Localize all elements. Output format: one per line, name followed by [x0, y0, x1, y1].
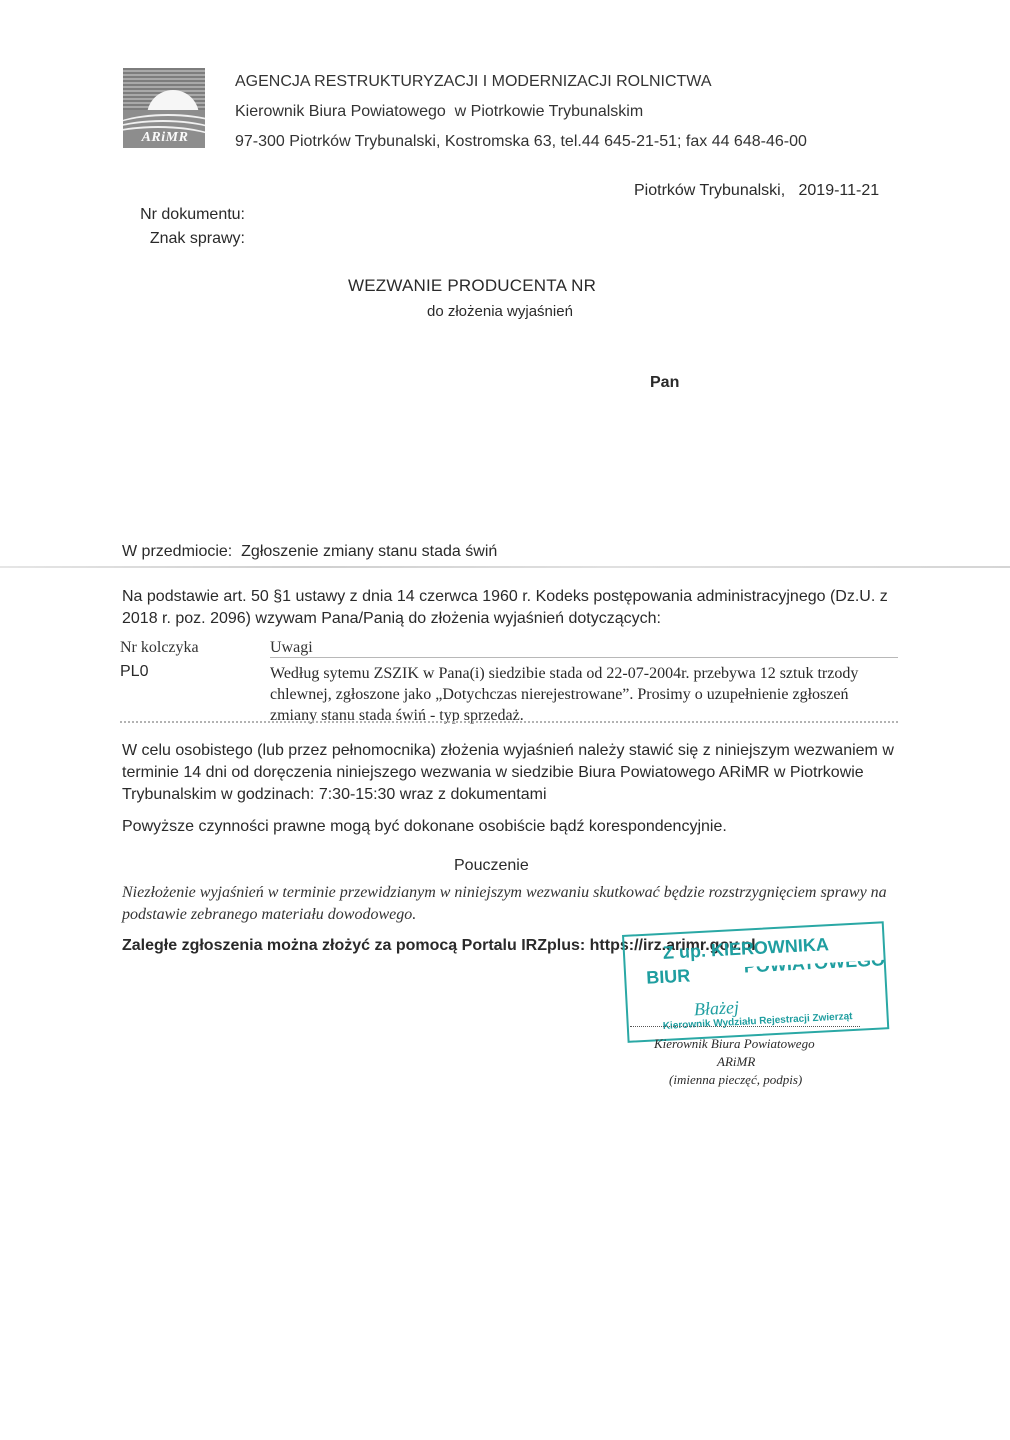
office-name: Kierownik Biura Powiatowego w Piotrkowie… [235, 103, 643, 121]
legal-basis-paragraph: Na podstawie art. 50 §1 ustawy z dnia 14… [122, 586, 902, 630]
header-divider [270, 657, 898, 658]
stamp-line2a: BIUR [646, 965, 691, 988]
instruction-title: Pouczenie [454, 857, 529, 875]
addressee: Pan [650, 374, 679, 392]
signature-title: Kierownik Biura Powiatowego [654, 1036, 815, 1052]
agency-name: AGENCJA RESTRUKTURYZACJI I MODERNIZACJI … [235, 73, 711, 91]
document-subtitle: do złożenia wyjaśnień [427, 303, 573, 320]
header-notes: Uwagi [270, 639, 313, 657]
ear-tag-cell: PL0 [120, 663, 148, 681]
document-number-label: Nr dokumentu: [115, 206, 245, 224]
logo-text: ARiMR [127, 130, 203, 146]
document-title: WEZWANIE PRODUCENTA NR [348, 276, 596, 296]
subject-line: W przedmiocie: Zgłoszenie zmiany stanu s… [122, 543, 497, 561]
paper-fold-line [0, 566, 1010, 568]
stamp-role: Kierownik Wydziału Rejestracji Zwierząt [663, 1011, 853, 1032]
table-bottom-divider [120, 721, 898, 723]
signature-line [630, 1026, 860, 1027]
signature-agency: ARiMR [717, 1054, 755, 1070]
correspondence-paragraph: Powyższe czynności prawne mogą być dokon… [122, 818, 727, 836]
header-ear-tag: Nr kolczyka [120, 639, 199, 657]
signature-caption: (imienna pieczęć, podpis) [669, 1072, 802, 1088]
arimr-logo: ARiMR [123, 68, 205, 148]
official-stamp: Z up. KIEROWNIKA BIUR POWIATOWEGO Błażej… [622, 921, 889, 1043]
appearance-paragraph: W celu osobistego (lub przez pełnomocnik… [122, 740, 912, 806]
office-address: 97-300 Piotrków Trybunalski, Kostromska … [235, 133, 807, 151]
place-date: Piotrków Trybunalski, 2019-11-21 [634, 182, 879, 200]
ear-tag-table: Nr kolczyka Uwagi PL0 Według sytemu ZSZI… [120, 637, 898, 725]
case-sign-label: Znak sprawy: [115, 230, 245, 248]
stamp-line1: Z up. KIEROWNIKA [662, 934, 829, 964]
notes-cell: Według sytemu ZSZIK w Pana(i) siedzibie … [270, 663, 898, 726]
table-header: Nr kolczyka Uwagi [120, 637, 898, 657]
instruction-text: Niezłożenie wyjaśnień w terminie przewid… [122, 882, 902, 926]
table-row: PL0 Według sytemu ZSZIK w Pana(i) siedzi… [120, 663, 898, 725]
